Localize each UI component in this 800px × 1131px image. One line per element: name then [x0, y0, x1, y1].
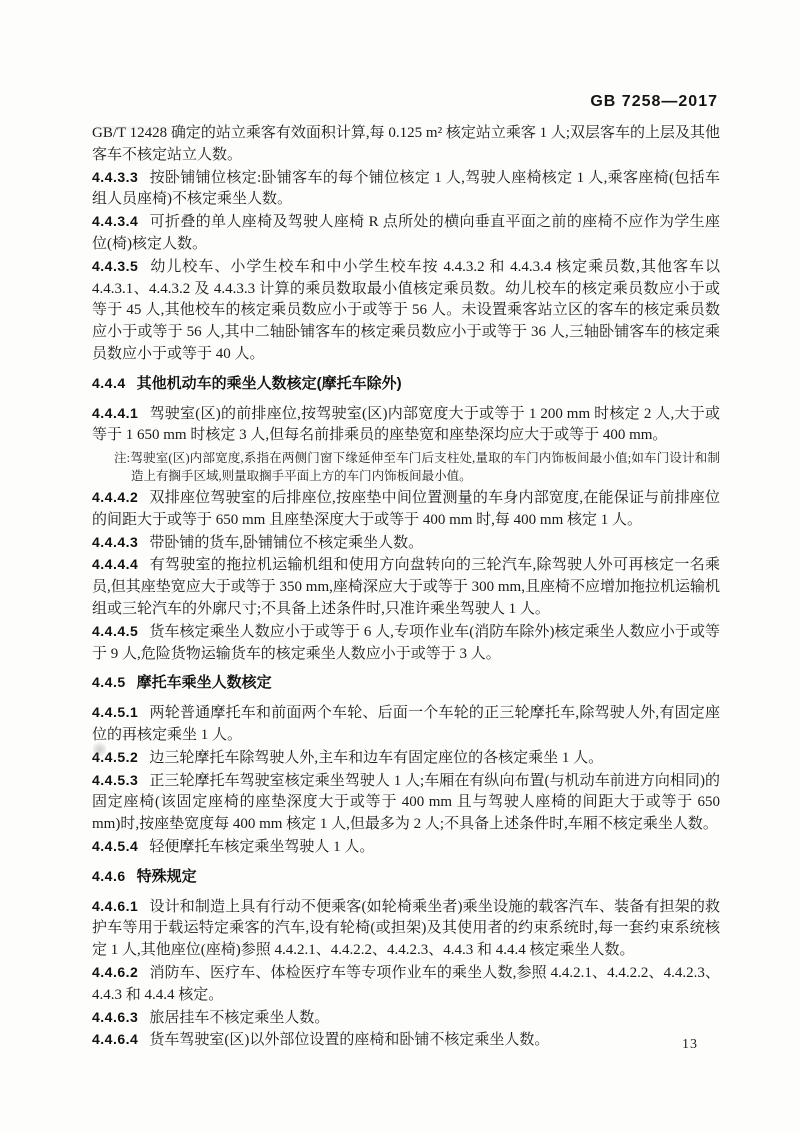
clause-number: 4.4.3.3 [92, 169, 138, 185]
clause-paragraph: 4.4.5.4轻便摩托车核定乘坐驾驶人 1 人。 [92, 836, 720, 859]
body-text: 货车驾驶室(区)以外部位设置的座椅和卧铺不核定乘坐人数。 [149, 1032, 549, 1048]
scan-artifact-noise [96, 126, 246, 130]
body-text: 驾驶室(区)内部宽度,系指在两侧门窗下缘延伸至车门后支柱处,量取的车门内饰板间最… [130, 451, 720, 482]
clause-paragraph: 4.4.3.5幼儿校车、小学生校车和中小学生校车按 4.4.3.2 和 4.4.… [92, 256, 720, 366]
body-text: 旅居挂车不核定乘坐人数。 [149, 1010, 329, 1026]
section-heading: 4.4.4其他机动车的乘坐人数核定(摩托车除外) [92, 373, 720, 395]
page-number: 13 [682, 1037, 698, 1053]
clause-number: 4.4.4 [92, 375, 126, 391]
clause-paragraph: 4.4.5.3正三轮摩托车驾驶室核定乘坐驾驶人 1 人;车厢在有纵向布置(与机动… [92, 770, 720, 836]
clause-paragraph: 4.4.4.4有驾驶室的拖拉机运输机组和使用方向盘转向的三轮汽车,除驾驶人外可再… [92, 554, 720, 620]
body-text: 按卧铺铺位核定:卧铺客车的每个铺位核定 1 人,驾驶人座椅核定 1 人,乘客座椅… [92, 170, 720, 208]
clause-number: 4.4.4.2 [92, 489, 138, 505]
clause-paragraph: 4.4.6.3旅居挂车不核定乘坐人数。 [92, 1007, 720, 1030]
scan-artifact-smudge [93, 741, 106, 758]
clause-number: 4.4.6.2 [92, 964, 138, 980]
clause-paragraph: 4.4.3.3按卧铺铺位核定:卧铺客车的每个铺位核定 1 人,驾驶人座椅核定 1… [92, 167, 720, 212]
clause-paragraph: 4.4.4.2双排座位驾驶室的后排座位,按座垫中间位置测量的车身内部宽度,在能保… [92, 487, 720, 532]
body-text: 可折叠的单人座椅及驾驶人座椅 R 点所处的横向垂直平面之前的座椅不应作为学生座位… [92, 214, 720, 252]
body-text: 消防车、医疗车、体检医疗车等专项作业车的乘坐人数,参照 4.4.2.1、4.4.… [92, 965, 720, 1003]
body-text: 轻便摩托车核定乘坐驾驶人 1 人。 [149, 839, 374, 855]
body-text: 带卧铺的货车,卧铺铺位不核定乘坐人数。 [149, 535, 423, 551]
body-text: 幼儿校车、小学生校车和中小学生校车按 4.4.3.2 和 4.4.3.4 核定乘… [92, 259, 720, 362]
clause-number: 4.4.6.3 [92, 1009, 138, 1025]
clause-number: 4.4.5.4 [92, 838, 138, 854]
clause-paragraph: 4.4.4.1驾驶室(区)的前排座位,按驾驶室(区)内部宽度大于或等于 1 20… [92, 403, 720, 448]
scanned-document-page: GB 7258—2017 GB/T 12428 确定的站立乘客有效面积计算,每 … [0, 0, 800, 1131]
clause-paragraph: 4.4.5.1两轮普通摩托车和前面两个车轮、后面一个车轮的正三轮摩托车,除驾驶人… [92, 702, 720, 747]
clause-number: 4.4.6.1 [92, 898, 138, 914]
clause-paragraph: 4.4.6.4货车驾驶室(区)以外部位设置的座椅和卧铺不核定乘坐人数。 [92, 1029, 720, 1052]
clause-paragraph: 4.4.5.2边三轮摩托车除驾驶人外,主车和边车有固定座位的各核定乘坐 1 人。 [92, 747, 720, 770]
clause-paragraph: 4.4.6.1设计和制造上具有行动不便乘客(如轮椅乘坐者)乘坐设施的载客汽车、装… [92, 896, 720, 962]
note-paragraph: 注:驾驶室(区)内部宽度,系指在两侧门窗下缘延伸至车门后支柱处,量取的车门内饰板… [114, 450, 720, 485]
body-text: 有驾驶室的拖拉机运输机组和使用方向盘转向的三轮汽车,除驾驶人外可再核定一名乘员,… [92, 557, 720, 617]
clause-paragraph: 4.4.4.3带卧铺的货车,卧铺铺位不核定乘坐人数。 [92, 532, 720, 555]
heading-text: 其他机动车的乘坐人数核定(摩托车除外) [137, 375, 402, 392]
body-text: 正三轮摩托车驾驶室核定乘坐驾驶人 1 人;车厢在有纵向布置(与机动车前进方向相同… [92, 773, 720, 833]
section-heading: 4.4.5摩托车乘坐人数核定 [92, 672, 720, 694]
body-text: 设计和制造上具有行动不便乘客(如轮椅乘坐者)乘坐设施的载客汽车、装备有担架的救护… [92, 899, 720, 959]
body-text: 双排座位驾驶室的后排座位,按座垫中间位置测量的车身内部宽度,在能保证与前排座位的… [92, 490, 720, 528]
section-heading: 4.4.6特殊规定 [92, 866, 720, 888]
clause-paragraph: 4.4.4.5货车核定乘坐人数应小于或等于 6 人,专项作业车(消防车除外)核定… [92, 621, 720, 666]
standard-code-header: GB 7258—2017 [0, 93, 718, 111]
clause-paragraph: 4.4.3.4可折叠的单人座椅及驾驶人座椅 R 点所处的横向垂直平面之前的座椅不… [92, 211, 720, 256]
document-body: GB/T 12428 确定的站立乘客有效面积计算,每 0.125 m² 核定站立… [92, 123, 720, 1052]
clause-number: 4.4.3.5 [92, 258, 138, 274]
clause-paragraph: 4.4.6.2消防车、医疗车、体检医疗车等专项作业车的乘坐人数,参照 4.4.2… [92, 962, 720, 1007]
clause-number: 4.4.6 [92, 868, 126, 884]
clause-number: 4.4.4.5 [92, 623, 138, 639]
clause-number: 4.4.4.3 [92, 534, 138, 550]
body-text: 两轮普通摩托车和前面两个车轮、后面一个车轮的正三轮摩托车,除驾驶人外,有固定座位… [92, 705, 720, 743]
note-label: 注: [114, 451, 130, 465]
clause-number: 4.4.6.4 [92, 1031, 138, 1047]
body-text: 货车核定乘坐人数应小于或等于 6 人,专项作业车(消防车除外)核定乘坐人数应小于… [92, 624, 720, 662]
clause-number: 4.4.4.4 [92, 556, 138, 572]
body-text: GB/T 12428 确定的站立乘客有效面积计算,每 0.125 m² 核定站立… [92, 125, 720, 163]
clause-number: 4.4.5.1 [92, 704, 138, 720]
heading-text: 摩托车乘坐人数核定 [137, 674, 272, 691]
heading-text: 特殊规定 [137, 868, 197, 885]
body-text: 边三轮摩托车除驾驶人外,主车和边车有固定座位的各核定乘坐 1 人。 [149, 750, 603, 766]
clause-number: 4.4.3.4 [92, 213, 138, 229]
clause-number: 4.4.4.1 [92, 405, 138, 421]
clause-number: 4.4.5.3 [92, 772, 138, 788]
body-text: 驾驶室(区)的前排座位,按驾驶室(区)内部宽度大于或等于 1 200 mm 时核… [92, 406, 720, 444]
clause-number: 4.4.5 [92, 674, 126, 690]
